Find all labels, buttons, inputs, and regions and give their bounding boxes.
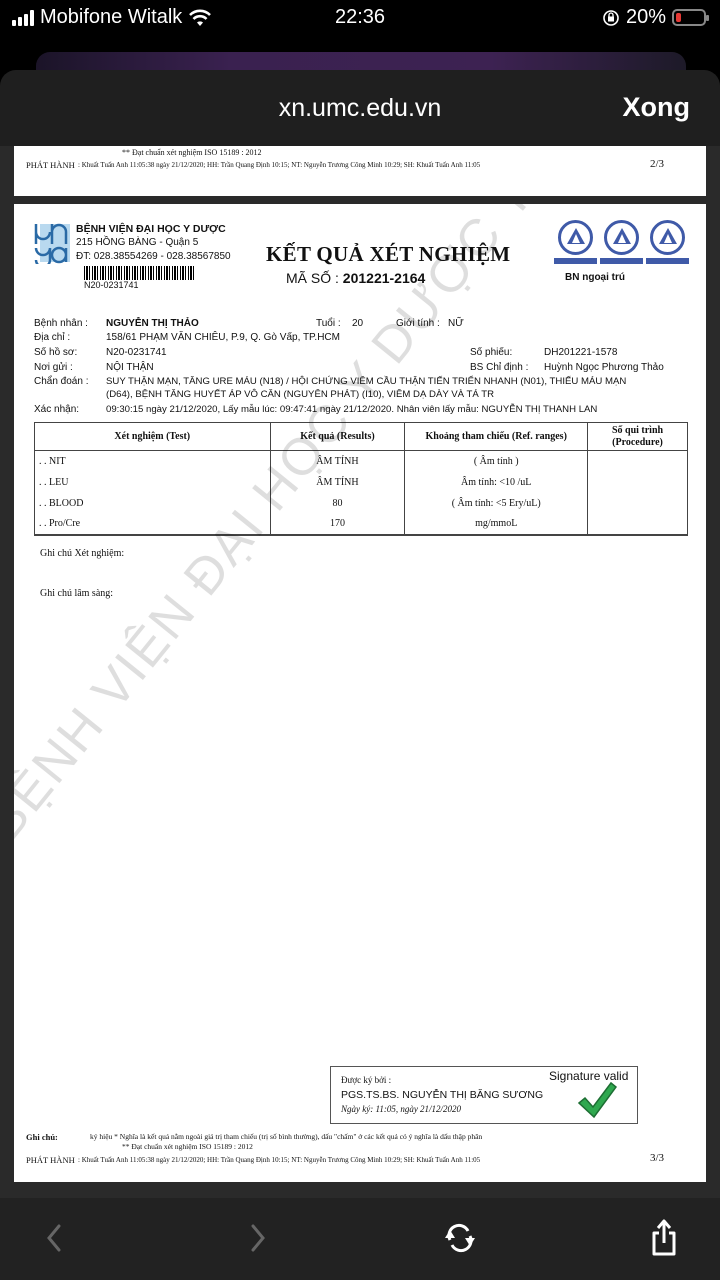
hospital-logo-icon: [30, 220, 76, 264]
chevron-right-icon: [246, 1222, 270, 1254]
results-table: Xét nghiệm (Test) Kết quả (Results) Khoả…: [34, 422, 688, 536]
battery-icon: [672, 9, 706, 26]
test-procedure: [588, 472, 688, 493]
address-label: Địa chỉ :: [34, 332, 70, 344]
doctor-label: BS Chỉ định :: [470, 362, 528, 374]
refresh-icon: [442, 1220, 478, 1256]
report-code-label: MÃ SỐ :: [286, 270, 339, 286]
test-ref-range: ( Âm tính ): [405, 451, 588, 472]
vilas-badge-icon: [554, 220, 597, 264]
vilas-badge-icon: [646, 220, 689, 264]
page-url: xn.umc.edu.vn: [0, 94, 720, 123]
patient-name: NGUYỄN THỊ THẢO: [106, 318, 199, 330]
orientation-lock-icon: [602, 9, 620, 27]
table-row: . . BLOOD 80 ( Âm tính: <5 Ery/uL): [35, 493, 688, 514]
footnote-label: Ghi chú:: [26, 1132, 58, 1142]
diagnosis-label: Chẩn đoán :: [34, 376, 89, 388]
record-label: Số hồ sơ:: [34, 347, 77, 359]
sheet-header: xn.umc.edu.vn Xong: [0, 70, 720, 146]
previous-page: ** Đạt chuẩn xét nghiệm ISO 15189 : 2012…: [14, 146, 706, 196]
age-value: 20: [352, 318, 363, 330]
release-text: : Khuất Tuấn Anh 11:05:38 ngày 21/12/202…: [78, 1156, 480, 1164]
signature-box: Được ký bởi : PGS.TS.BS. NGUYỄN THỊ BĂNG…: [330, 1066, 638, 1124]
table-row: . . LEU ÂM TÍNH Âm tính: <10 /uL: [35, 472, 688, 493]
checkmark-icon: [577, 1081, 617, 1119]
page-number: 2/3: [650, 158, 664, 170]
barcode: [84, 266, 194, 280]
chevron-left-icon: [42, 1222, 66, 1254]
iso-note: ** Đạt chuẩn xét nghiệm ISO 15189 : 2012: [122, 1142, 253, 1151]
sender-value: NỘI THẬN: [106, 362, 154, 374]
vilas-badge-icon: [600, 220, 643, 264]
record-value: N20-0231741: [106, 347, 167, 359]
sender-label: Nơi gửi :: [34, 362, 73, 374]
signed-date: Ngày ký: 11:05, ngày 21/12/2020: [341, 1104, 461, 1114]
status-bar: Mobifone Witalk 22:36 20%: [0, 0, 720, 36]
age-label: Tuổi :: [316, 318, 341, 330]
footnote-text: ký hiệu * Nghĩa là kết quả nằm ngoài giá…: [90, 1132, 482, 1141]
report-page: BỆNH VIỆN ĐẠI HỌC Y DƯỢC 215 HỒNG BÀNG -…: [14, 204, 706, 1182]
release-text: : Khuất Tuấn Anh 11:05:38 ngày 21/12/202…: [78, 161, 480, 169]
header-procedure: Số qui trình (Procedure): [588, 423, 688, 451]
test-name: . . LEU: [35, 472, 271, 493]
done-button[interactable]: Xong: [623, 92, 691, 123]
confirm-label: Xác nhận:: [34, 404, 79, 416]
address-value: 158/61 PHẠM VĂN CHIÊU, P.9, Q. Gò Vấp, T…: [106, 332, 340, 344]
signed-by-label: Được ký bởi :: [341, 1075, 391, 1085]
page-number: 3/3: [650, 1152, 664, 1164]
back-button[interactable]: [32, 1216, 76, 1260]
clinical-note-label: Ghi chú lâm sàng:: [40, 588, 113, 599]
ticket-value: DH201221-1578: [544, 347, 617, 359]
patient-name-label: Bệnh nhân :: [34, 318, 88, 330]
test-ref-range: mg/mmoL: [405, 514, 588, 535]
header-test: Xét nghiệm (Test): [35, 423, 271, 451]
hospital-phone: ĐT: 028.38554269 - 028.38567850: [76, 250, 231, 264]
battery-percent: 20%: [626, 6, 666, 29]
signer-name: PGS.TS.BS. NGUYỄN THỊ BĂNG SƯƠNG: [341, 1089, 543, 1101]
ticket-label: Số phiếu:: [470, 347, 512, 359]
hospital-name: BỆNH VIỆN ĐẠI HỌC Y DƯỢC: [76, 222, 231, 236]
hospital-info: BỆNH VIỆN ĐẠI HỌC Y DƯỢC 215 HỒNG BÀNG -…: [76, 222, 231, 264]
share-button[interactable]: [642, 1216, 686, 1260]
test-procedure: [588, 514, 688, 535]
patient-type: BN ngoại trú: [565, 272, 625, 283]
header-ref-range: Khoảng tham chiếu (Ref. ranges): [405, 423, 588, 451]
browser-toolbar: [0, 1198, 720, 1280]
reload-button[interactable]: [438, 1216, 482, 1260]
table-row: . . NIT ÂM TÍNH ( Âm tính ): [35, 451, 688, 472]
release-label: PHÁT HÀNH: [26, 1155, 75, 1165]
certification-badges: [554, 220, 689, 264]
test-procedure: [588, 451, 688, 472]
iso-note: ** Đạt chuẩn xét nghiệm ISO 15189 : 2012: [122, 148, 262, 157]
forward-button[interactable]: [236, 1216, 280, 1260]
doctor-value: Huỳnh Ngọc Phương Thảo: [544, 362, 664, 374]
test-name: . . NIT: [35, 451, 271, 472]
browser-sheet: xn.umc.edu.vn Xong ** Đạt chuẩn xét nghi…: [0, 70, 720, 1280]
release-label: PHÁT HÀNH: [26, 160, 75, 170]
hospital-address: 215 HỒNG BÀNG - Quận 5: [76, 236, 231, 250]
test-ref-range: Âm tính: <10 /uL: [405, 472, 588, 493]
diagnosis-line-2: (D64), BỆNH TĂNG HUYẾT ÁP VÔ CĂN (NGUYÊN…: [106, 389, 494, 401]
share-icon: [648, 1219, 680, 1257]
lab-note-label: Ghi chú Xét nghiệm:: [40, 548, 124, 559]
test-ref-range: ( Âm tính: <5 Ery/uL): [405, 493, 588, 514]
table-row: . . Pro/Cre 170 mg/mmoL: [35, 514, 688, 535]
document-viewer[interactable]: ** Đạt chuẩn xét nghiệm ISO 15189 : 2012…: [0, 146, 720, 1198]
barcode-text: N20-0231741: [84, 280, 139, 290]
test-procedure: [588, 493, 688, 514]
